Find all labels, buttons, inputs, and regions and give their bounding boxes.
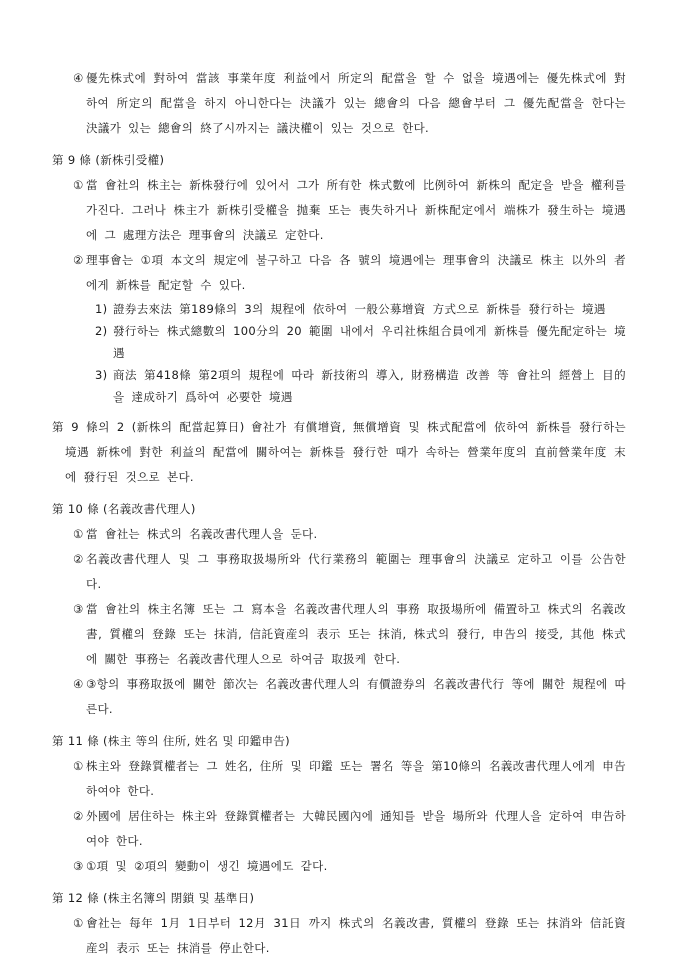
item-text: 理事會는 ①項 本文의 規定에 불구하고 다음 各 號의 境遇에는 理事會의 決…	[86, 253, 626, 292]
item-marker: ④	[73, 672, 84, 697]
item-text: ①項 및 ②項의 變動이 생긴 境遇에도 같다.	[86, 859, 328, 873]
item-marker: ②	[73, 248, 84, 273]
item-marker: ②	[73, 547, 84, 572]
item-text: 株主와 登錄質權者는 그 姓名, 住所 및 印鑑 또는 署名 等을 第10條의 …	[86, 759, 626, 798]
item-text: 優先株式에 對하여 當該 事業年度 利益에서 所定의 配當을 할 수 없을 境遇…	[86, 71, 626, 135]
item-text: 當 會社의 株主는 新株發行에 있어서 그가 所有한 株式數에 比例하여 新株의…	[86, 178, 626, 242]
numbered-item: ①當 會社의 株主는 新株發行에 있어서 그가 所有한 株式數에 比例하여 新株…	[52, 173, 626, 248]
item-marker: ③	[73, 854, 84, 879]
numbered-item: ②理事會는 ①項 本文의 規定에 불구하고 다음 各 號의 境遇에는 理事會의 …	[52, 248, 626, 298]
item-marker: ④	[73, 66, 84, 91]
numbered-item: ④③항의 事務取扱에 關한 節次는 名義改書代理人의 有價證券의 名義改書代行 …	[52, 672, 626, 722]
item-marker: 3)	[95, 364, 108, 386]
document-page: ④優先株式에 對하여 當該 事業年度 利益에서 所定의 配當을 할 수 없을 境…	[0, 0, 680, 962]
article-heading: 第 10 條 (名義改書代理人)	[52, 497, 626, 522]
item-marker: ①	[73, 173, 84, 198]
numbered-item: ③當 會社의 株主名簿 또는 그 寫本을 名義改書代理人의 事務 取扱場所에 備…	[52, 597, 626, 672]
article-inline-paragraph: 第 9 條의 2 (新株의 配當起算日)會社가 有償增資, 無償增資 및 株式配…	[52, 415, 626, 490]
sub-item: 2)發行하는 株式總數의 100分의 20 範圍 내에서 우리社株組合員에게 新…	[52, 320, 626, 364]
article-heading: 第 11 條 (株主 等의 住所, 姓名 및 印鑑申告)	[52, 729, 626, 754]
numbered-item: ③①項 및 ②項의 變動이 생긴 境遇에도 같다.	[52, 854, 626, 879]
item-marker: ①	[73, 754, 84, 779]
numbered-item: ①會社는 每年 1月 1日부터 12月 31日 까지 株式의 名義改書, 質權의…	[52, 911, 626, 961]
item-marker: 1)	[95, 298, 108, 320]
item-text: 當 會社의 株主名簿 또는 그 寫本을 名義改書代理人의 事務 取扱場所에 備置…	[86, 602, 626, 666]
item-text: 當 會社는 株式의 名義改書代理人을 둔다.	[86, 527, 318, 541]
numbered-item: ④優先株式에 對하여 當該 事業年度 利益에서 所定의 配當을 할 수 없을 境…	[52, 66, 626, 141]
item-text: 會社는 每年 1月 1日부터 12月 31日 까지 株式의 名義改書, 質權의 …	[86, 916, 626, 955]
item-text: 外國에 居住하는 株主와 登錄質權者는 大韓民國內에 通知를 받을 場所와 代理…	[86, 809, 626, 848]
document-body: ④優先株式에 對하여 當該 事業年度 利益에서 所定의 配當을 할 수 없을 境…	[0, 0, 680, 961]
item-marker: ②	[73, 804, 84, 829]
article-heading: 第 12 條 (株主名簿의 閉鎖 및 基準日)	[52, 886, 626, 911]
item-marker: ①	[73, 911, 84, 936]
item-text: 發行하는 株式總數의 100分의 20 範圍 내에서 우리社株組合員에게 新株를…	[113, 324, 626, 360]
numbered-item: ②名義改書代理人 및 그 事務取扱場所와 代行業務의 範圍는 理事會의 決議로 …	[52, 547, 626, 597]
item-marker: ①	[73, 522, 84, 547]
item-marker: ③	[73, 597, 84, 622]
sub-item: 3)商法 第418條 第2項의 規程에 따라 新技術의 導入, 財務構造 改善 …	[52, 364, 626, 408]
item-marker: 2)	[95, 320, 108, 342]
numbered-item: ①株主와 登錄質權者는 그 姓名, 住所 및 印鑑 또는 署名 等을 第10條의…	[52, 754, 626, 804]
article-number-lead: 第 9 條의 2 (新株의 配當起算日)	[52, 420, 245, 434]
numbered-item: ②外國에 居住하는 株主와 登錄質權者는 大韓民國內에 通知를 받을 場所와 代…	[52, 804, 626, 854]
sub-item: 1)證券去來法 第189條의 3의 規程에 依하여 一般公募增資 方式으로 新株…	[52, 298, 626, 320]
item-text: ③항의 事務取扱에 關한 節次는 名義改書代理人의 有價證券의 名義改書代行 等…	[86, 677, 626, 716]
article-heading: 第 9 條 (新株引受權)	[52, 148, 626, 173]
item-text: 證券去來法 第189條의 3의 規程에 依하여 一般公募增資 方式으로 新株를 …	[113, 302, 606, 316]
item-text: 商法 第418條 第2項의 規程에 따라 新技術의 導入, 財務構造 改善 等 …	[113, 368, 626, 404]
item-text: 名義改書代理人 및 그 事務取扱場所와 代行業務의 範圍는 理事會의 決議로 定…	[86, 552, 626, 591]
numbered-item: ①當 會社는 株式의 名義改書代理人을 둔다.	[52, 522, 626, 547]
